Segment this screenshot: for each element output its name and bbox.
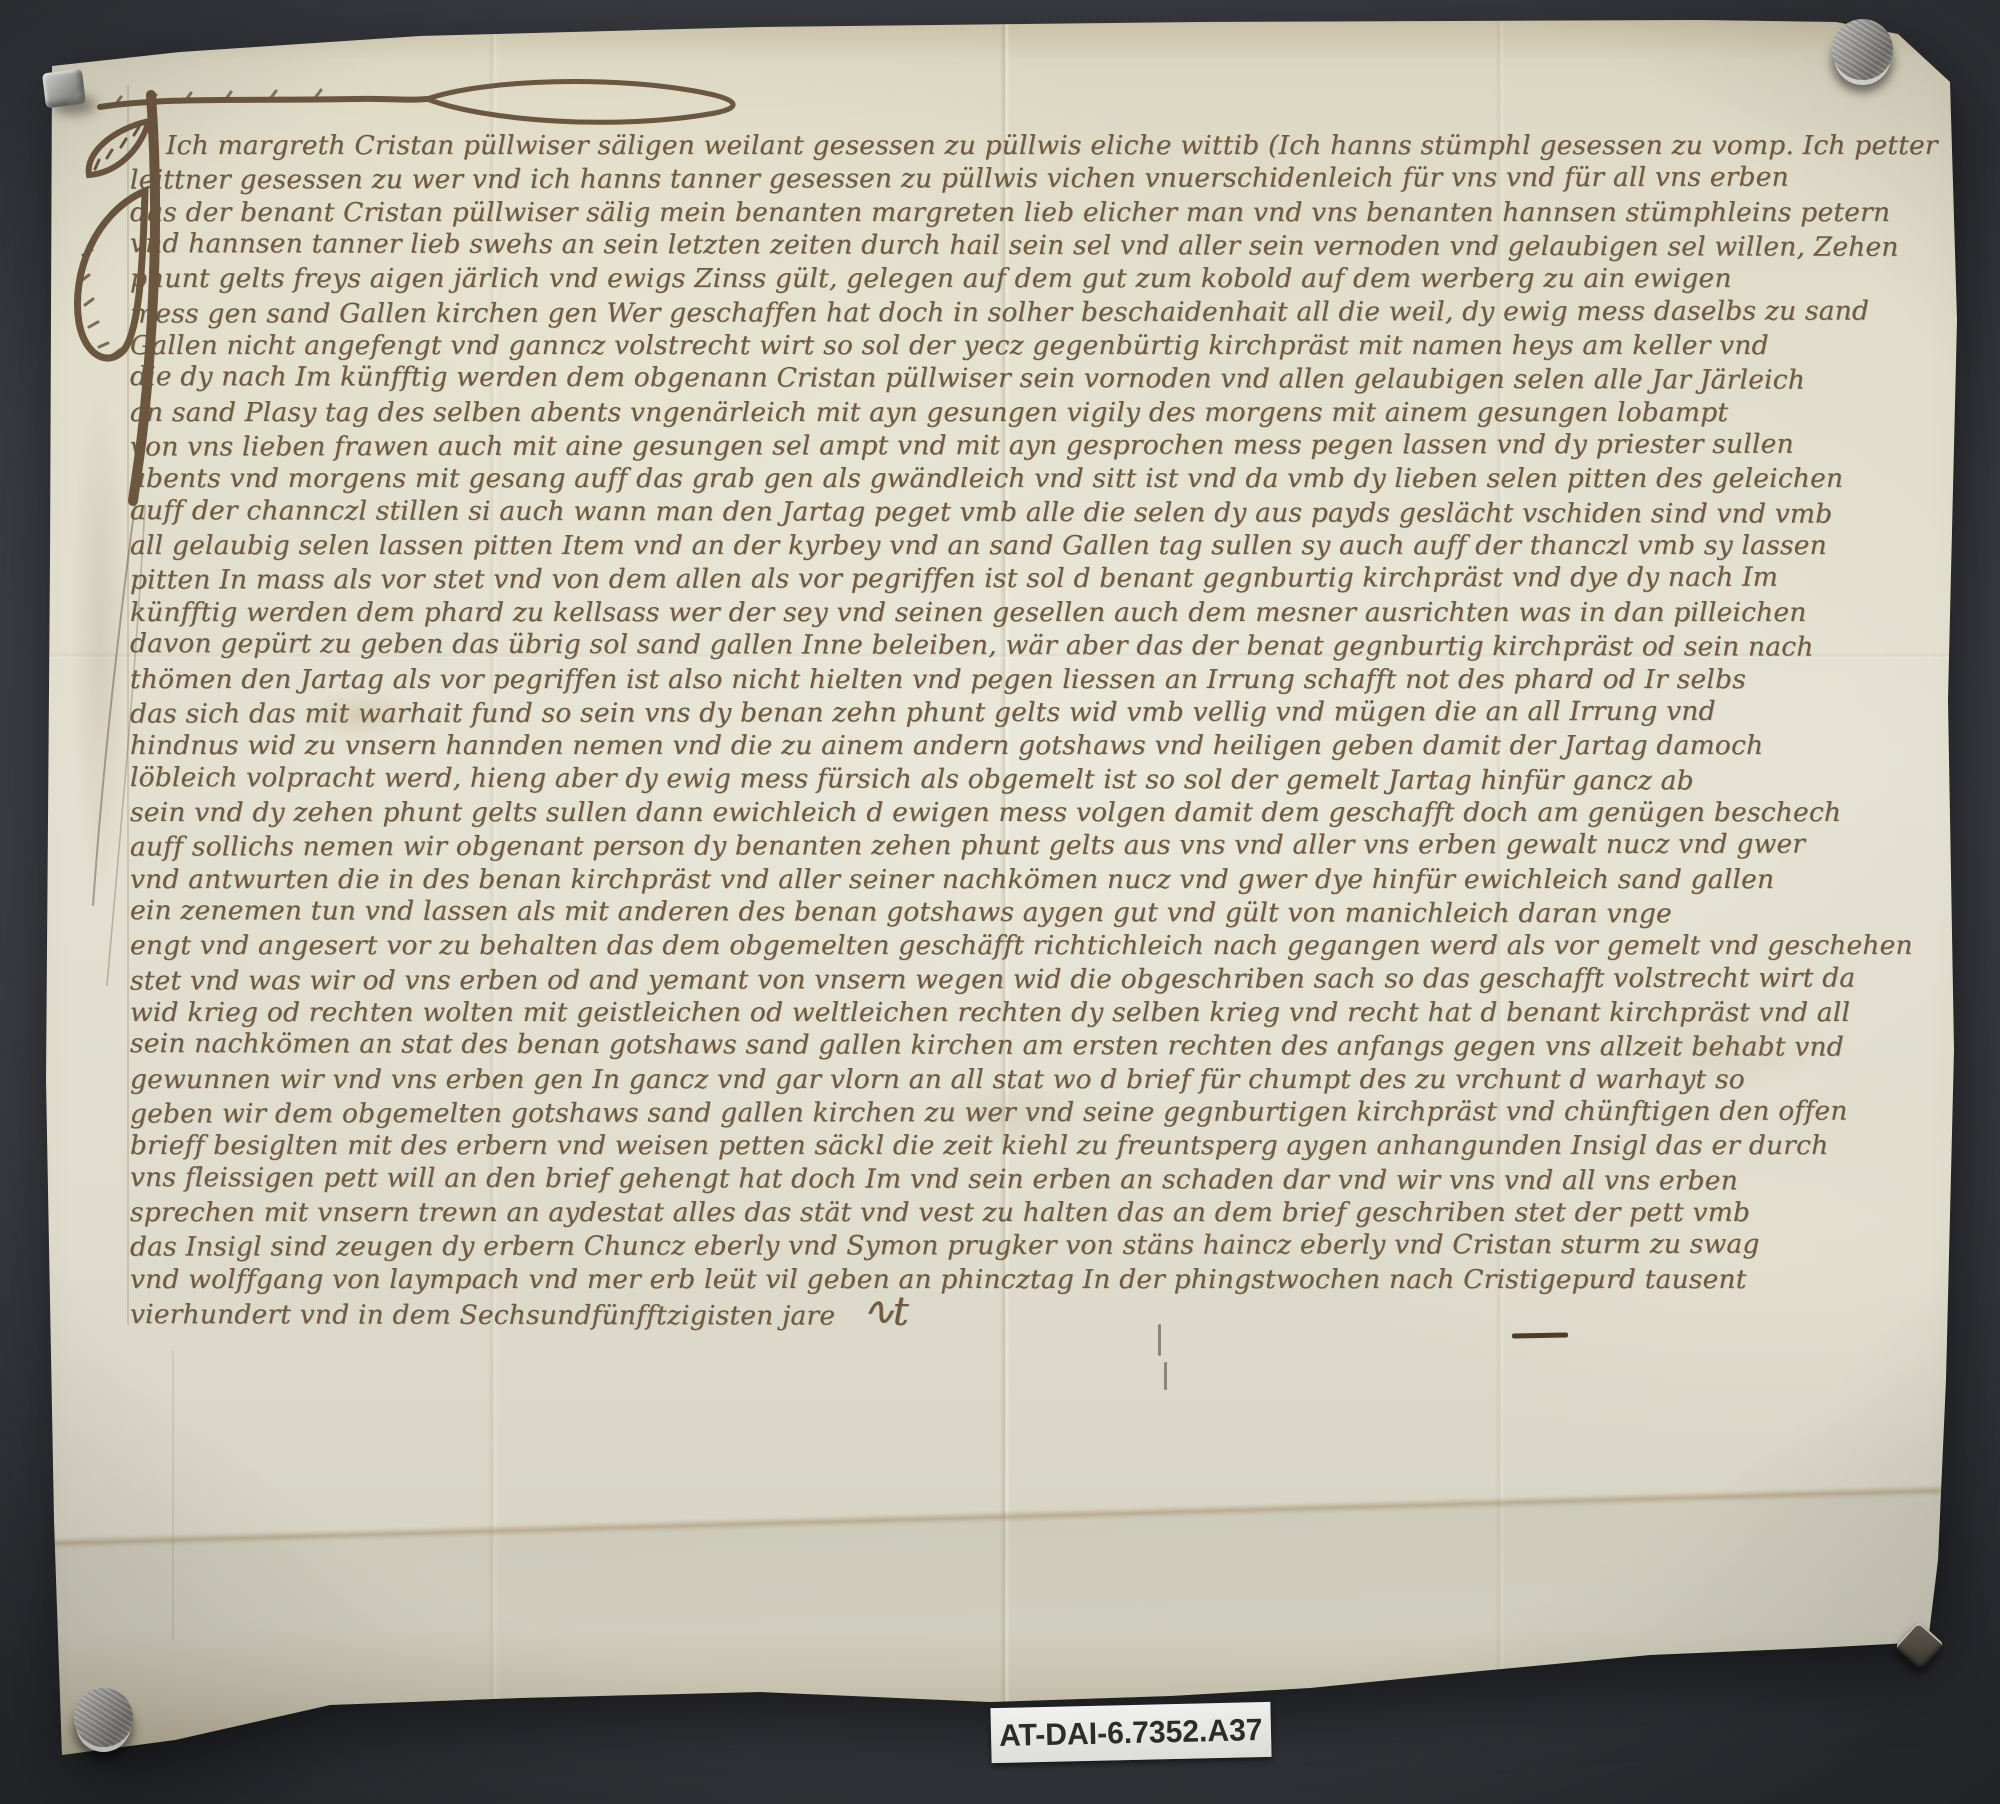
manuscript-line-31: brieff besiglten mit des erbern vnd weis… xyxy=(130,1129,1948,1162)
final-flourish: ∿t xyxy=(861,1289,907,1335)
manuscript-line-33: sprechen mit vnsern trewn an aydestat al… xyxy=(130,1196,1948,1229)
parchment-charter: Ich margreth Cristan püllwiser säligen w… xyxy=(0,0,2000,1804)
lower-pencil-line xyxy=(172,1350,174,1640)
seal-slit-2 xyxy=(1164,1362,1167,1390)
manuscript-line-36: vierhundert vnd in dem Sechsundfünfftzig… xyxy=(130,1294,1948,1331)
archival-reference-number: AT-DAI-6.7352.A37 xyxy=(999,1712,1263,1754)
manuscript-line-32: vns fleissigen pett will an den brief ge… xyxy=(130,1161,1948,1198)
manuscript-line-35: vnd wolffgang von laympach vnd mer erb l… xyxy=(130,1263,1948,1296)
photograph-scene: Ich margreth Cristan püllwiser säligen w… xyxy=(0,0,2000,1804)
parchment-wrap: Ich margreth Cristan püllwiser säligen w… xyxy=(0,0,2000,1804)
paperweight-cube-top-left xyxy=(42,69,86,109)
paperweight-disc-bottom-left xyxy=(74,1688,133,1747)
manuscript-line-29: gewunnen wir vnd vns erben gen In gancz … xyxy=(130,1063,1948,1096)
archival-label-slip: AT-DAI-6.7352.A37 xyxy=(990,1702,1271,1763)
manuscript-line-34: das Insigl sind zeugen dy erbern Chuncz … xyxy=(130,1228,1948,1265)
ink-dash-mark xyxy=(1512,1333,1568,1339)
decorated-initial-I xyxy=(55,55,915,1035)
paperweight-disc-top-right xyxy=(1832,19,1893,80)
manuscript-line-30: geben wir dem obgemelten gotshaws sand g… xyxy=(130,1094,1948,1131)
seal-slit-1 xyxy=(1158,1324,1161,1356)
